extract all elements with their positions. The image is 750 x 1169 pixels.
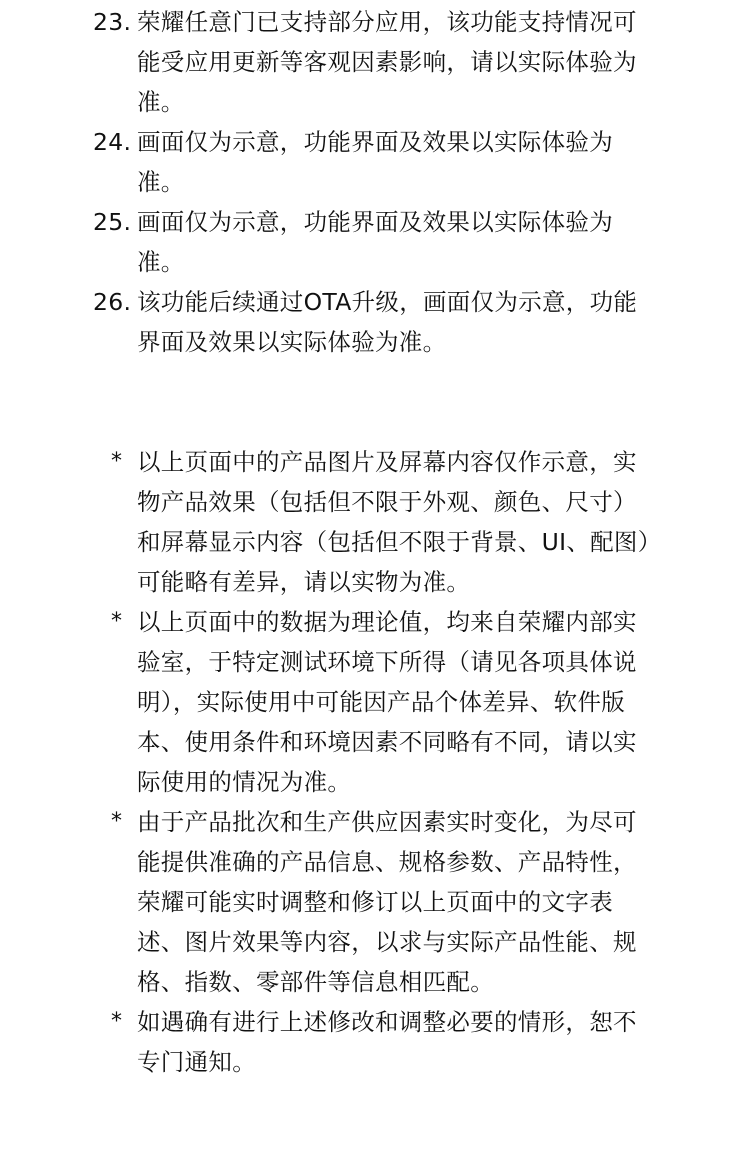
asterisk-marker: * (111, 1002, 131, 1042)
asterisk-marker: * (111, 602, 131, 642)
asterisk-marker: * (111, 442, 131, 482)
disclaimer-item-data-values: * 以上页面中的数据为理论值，均来自荣耀内部实验室，于特定测试环境下所得（请见各… (111, 602, 656, 802)
footnote-number: 24. (93, 122, 137, 162)
footnote-number: 23. (93, 2, 137, 42)
disclaimer-item-no-notice: * 如遇确有进行上述修改和调整必要的情形，恕不专门通知。 (111, 1002, 656, 1082)
footnote-item-26: 26. 该功能后续通过OTA升级，画面仅为示意，功能界面及效果以实际体验为准。 (93, 282, 653, 362)
footnote-number: 25. (93, 202, 137, 242)
disclaimer-item-product-images: * 以上页面中的产品图片及屏幕内容仅作示意，实物产品效果（包括但不限于外观、颜色… (111, 442, 656, 602)
disclaimer-text: 以上页面中的产品图片及屏幕内容仅作示意，实物产品效果（包括但不限于外观、颜色、尺… (137, 442, 656, 602)
disclaimer-text: 如遇确有进行上述修改和调整必要的情形，恕不专门通知。 (137, 1002, 656, 1082)
disclaimer-text: 以上页面中的数据为理论值，均来自荣耀内部实验室，于特定测试环境下所得（请见各项具… (137, 602, 656, 802)
numbered-footnotes-list: 23. 荣耀任意门已支持部分应用，该功能支持情况可能受应用更新等客观因素影响，请… (93, 2, 653, 362)
asterisk-marker: * (111, 802, 131, 842)
footnote-item-24: 24. 画面仅为示意，功能界面及效果以实际体验为准。 (93, 122, 653, 202)
footnote-text: 画面仅为示意，功能界面及效果以实际体验为准。 (137, 202, 653, 282)
footnote-text: 荣耀任意门已支持部分应用，该功能支持情况可能受应用更新等客观因素影响，请以实际体… (137, 2, 653, 122)
footnote-text: 该功能后续通过OTA升级，画面仅为示意，功能界面及效果以实际体验为准。 (137, 282, 653, 362)
disclaimer-text: 由于产品批次和生产供应因素实时变化，为尽可能提供准确的产品信息、规格参数、产品特… (137, 802, 656, 1002)
footnote-item-25: 25. 画面仅为示意，功能界面及效果以实际体验为准。 (93, 202, 653, 282)
footnote-item-23: 23. 荣耀任意门已支持部分应用，该功能支持情况可能受应用更新等客观因素影响，请… (93, 2, 653, 122)
disclaimer-list: * 以上页面中的产品图片及屏幕内容仅作示意，实物产品效果（包括但不限于外观、颜色… (111, 442, 656, 1082)
footnote-text: 画面仅为示意，功能界面及效果以实际体验为准。 (137, 122, 653, 202)
footnote-number: 26. (93, 282, 137, 322)
disclaimer-item-content-revisions: * 由于产品批次和生产供应因素实时变化，为尽可能提供准确的产品信息、规格参数、产… (111, 802, 656, 1002)
